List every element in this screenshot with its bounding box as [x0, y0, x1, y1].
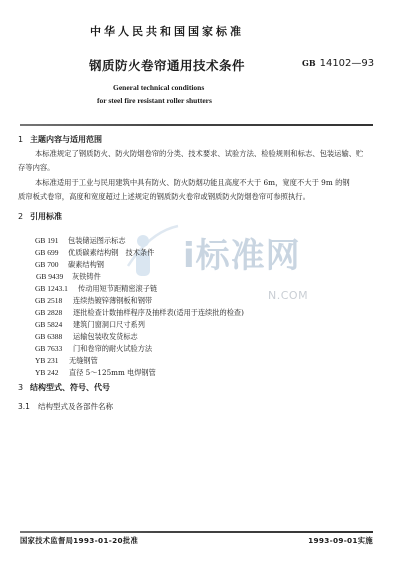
- section-1-heading: 1主题内容与适用范围: [18, 134, 102, 145]
- reference-title: 连续热镀锌薄钢板和钢带: [73, 295, 152, 307]
- subsection-number: 3.1: [18, 402, 38, 411]
- reference-code: GB 2828: [35, 307, 73, 319]
- reference-code: GB 2518: [35, 295, 73, 307]
- watermark-text: i标准网: [183, 228, 301, 277]
- reference-code: YB 242: [35, 367, 69, 379]
- reference-item: GB 2518连续热镀锌薄钢板和钢带: [35, 295, 152, 307]
- reference-title: 碳素结构钢: [68, 259, 104, 271]
- section-2-heading: 2引用标准: [18, 211, 62, 222]
- english-title-line-2: for steel fire resistant roller shutters: [0, 96, 400, 105]
- reference-code: GB 6388: [35, 331, 73, 343]
- paragraph-1-line-2: 存等内容。: [18, 161, 54, 174]
- section-title: 引用标准: [30, 212, 62, 221]
- reference-title: 传动用短节距精密滚子链: [78, 283, 157, 295]
- paragraph-2-line-2: 质帘板式卷帘，高度和宽度超过上述规定的钢质防火卷帘或钢质防火防烟卷帘可参照执行。: [18, 190, 310, 203]
- national-standard-label: 中华人民共和国国家标准: [0, 23, 400, 39]
- reference-title: 优质碳素结构钢 技术条件: [68, 247, 154, 259]
- reference-item: GB 5824建筑门窗洞口尺寸系列: [35, 319, 145, 331]
- approval-note: 国家技术监督局1993-01-20批准: [20, 536, 138, 546]
- reference-code: GB 7633: [35, 343, 73, 355]
- reference-title: 直径 5～125mm 电焊钢管: [69, 367, 156, 379]
- reference-code: GB 5824: [35, 319, 73, 331]
- standard-code: GB14102—93: [302, 58, 374, 69]
- header-divider: [20, 124, 373, 126]
- standard-code-number: 14102—93: [320, 58, 375, 69]
- reference-item: GB 9439灰铁铸件: [36, 271, 101, 283]
- section-number: 1: [18, 135, 30, 144]
- reference-code: GB 191: [35, 235, 68, 247]
- subsection-3-1-heading: 3.1结构型式及各部件名称: [18, 401, 113, 412]
- reference-code: GB 700: [35, 259, 68, 271]
- reference-title: 无缝钢管: [69, 355, 98, 367]
- section-title: 结构型式、符号、代号: [30, 383, 110, 392]
- implementation-date: 1993-09-01实施: [308, 536, 373, 546]
- reference-title: 灰铁铸件: [72, 271, 101, 283]
- reference-item: GB 699优质碳素结构钢 技术条件: [35, 247, 154, 259]
- reference-title: 逐批检查计数抽样程序及抽样表(适用于连续批的检查): [73, 307, 244, 319]
- reference-code: GB 9439: [36, 271, 72, 283]
- reference-code: GB 1243.1: [35, 283, 78, 295]
- watermark-subtext: N.COM: [268, 289, 308, 302]
- reference-item: GB 1243.1传动用短节距精密滚子链: [35, 283, 157, 295]
- reference-item: GB 6388运输包装收发货标志: [35, 331, 138, 343]
- reference-code: YB 231: [35, 355, 69, 367]
- reference-item: YB 231无缝钢管: [35, 355, 98, 367]
- footer-divider: [20, 531, 373, 533]
- reference-title: 建筑门窗洞口尺寸系列: [73, 319, 145, 331]
- reference-title: 门和卷帘的耐火试验方法: [73, 343, 152, 355]
- section-title: 主题内容与适用范围: [30, 135, 102, 144]
- reference-title: 包装储运图示标志: [68, 235, 126, 247]
- reference-item: GB 2828逐批检查计数抽样程序及抽样表(适用于连续批的检查): [35, 307, 244, 319]
- paragraph-2-line-1: 本标准适用于工业与民用建筑中具有防火、防火防烟功能且高度不大于 6m，宽度不大于…: [35, 176, 350, 189]
- reference-item: GB 191包装储运图示标志: [35, 235, 126, 247]
- reference-item: GB 700碳素结构钢: [35, 259, 104, 271]
- reference-code: GB 699: [35, 247, 68, 259]
- section-3-heading: 3结构型式、符号、代号: [18, 382, 110, 393]
- reference-item: GB 7633门和卷帘的耐火试验方法: [35, 343, 152, 355]
- section-number: 3: [18, 383, 30, 392]
- subsection-title: 结构型式及各部件名称: [38, 402, 113, 411]
- document-title: 钢质防火卷帘通用技术条件: [89, 56, 245, 74]
- reference-item: YB 242直径 5～125mm 电焊钢管: [35, 367, 156, 379]
- section-number: 2: [18, 212, 30, 221]
- standard-code-prefix: GB: [302, 58, 316, 68]
- english-title-line-1: General technical conditions: [0, 83, 400, 92]
- reference-title: 运输包装收发货标志: [73, 331, 138, 343]
- paragraph-1-line-1: 本标准规定了钢质防火、防火防烟卷帘的分类、技术要求、试验方法、检验规则和标志、包…: [35, 147, 363, 160]
